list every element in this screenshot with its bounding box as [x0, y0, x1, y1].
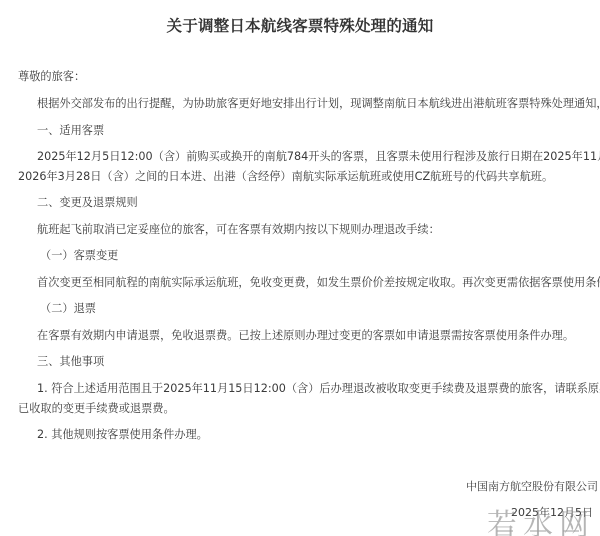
other-item-1-line2: 已收取的变更手续费或退票费。	[18, 402, 175, 416]
salutation: 尊敬的旅客：	[18, 70, 85, 84]
section-heading-change-refund-rules: 二、变更及退票规则	[37, 196, 138, 210]
watermark-underline-1	[497, 530, 513, 532]
subsection-body-ticket-change: 首次变更至相同航程的南航实际承运航班，免收变更费，如发生票价价差按规定收取。再次…	[37, 276, 600, 290]
section2-intro: 航班起飞前取消已定妥座位的旅客，可在客票有效期内按以下规则办理退改手续：	[37, 223, 440, 237]
notice-title: 关于调整日本航线客票特殊处理的通知	[0, 14, 600, 36]
subsection-heading-refund: （二）退票	[40, 302, 96, 316]
section1-body-line2: 2026年3月28日（含）之间的日本进、出港（含经停）南航实际承运航班或使用CZ…	[18, 170, 553, 184]
subsection-heading-ticket-change: （一）客票变更	[40, 249, 118, 263]
subsection-body-refund: 在客票有效期内申请退票，免收退票费。已按上述原则办理过变更的客票如申请退票需按客…	[37, 329, 574, 343]
intro-paragraph: 根据外交部发布的出行提醒，为协助旅客更好地安排出行计划，现调整南航日本航线进出港…	[37, 97, 600, 111]
section-heading-other-matters: 三、其他事项	[37, 355, 104, 369]
signature-company: 中国南方航空股份有限公司	[466, 478, 598, 494]
watermark-underline-2	[530, 530, 546, 532]
section1-body-line1: 2025年12月5日12:00（含）前购买或换开的南航784开头的客票，且客票未…	[37, 150, 600, 164]
section-heading-applicable-tickets: 一、适用客票	[37, 124, 104, 138]
watermark-underline-3	[563, 530, 579, 532]
other-item-2: 2. 其他规则按客票使用条件办理。	[37, 428, 208, 442]
other-item-1-line1: 1. 符合上述适用范围且于2025年11月15日12:00（含）后办理退改被收取…	[37, 382, 600, 396]
